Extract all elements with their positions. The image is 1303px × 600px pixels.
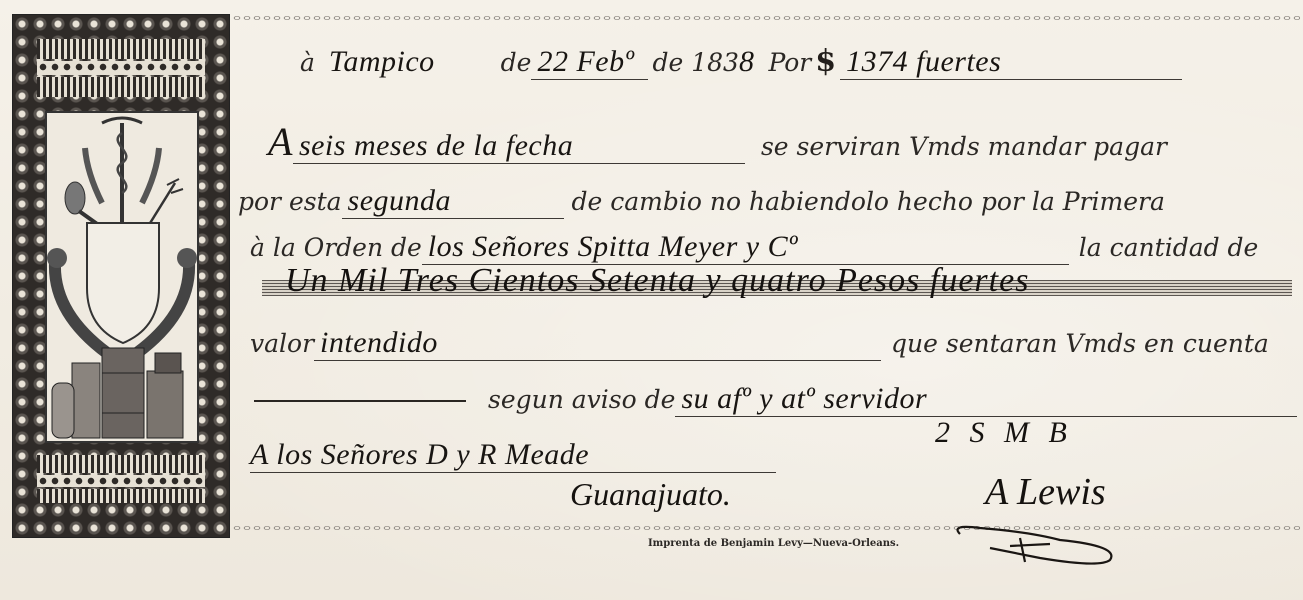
signature-name: A Lewis xyxy=(985,470,1106,514)
year-suffix: 8 xyxy=(739,45,755,79)
amount-prefix: Por xyxy=(768,48,811,77)
place-prefix: à xyxy=(300,48,315,77)
copy-line: por esta segunda de cambio no habiendolo… xyxy=(238,184,1165,219)
term-line: A seis meses de la fecha se serviran Vmd… xyxy=(268,118,1167,165)
payment-instruction: se serviran Vmds mandar pagar xyxy=(761,132,1167,161)
blank-rule xyxy=(254,400,466,402)
dollar-sign-icon: $ xyxy=(815,44,836,79)
copy-prefix: por esta xyxy=(238,187,342,216)
initial-letter: A xyxy=(268,118,293,165)
advice-prefix: segun aviso de xyxy=(488,385,675,414)
decorative-band-top-2 xyxy=(37,77,205,97)
year-prefix: de 183 xyxy=(652,48,738,77)
chain-border-bottom xyxy=(232,524,1300,532)
decorative-band-bottom-2 xyxy=(37,489,205,503)
vignette-emblem-frame xyxy=(45,111,199,443)
term-value: seis meses de la fecha xyxy=(293,129,745,164)
order-prefix: à la Orden de xyxy=(250,233,422,262)
decorative-dot-band-top xyxy=(37,61,205,75)
date-prefix: de xyxy=(501,48,532,77)
decorative-dot-band-bottom xyxy=(37,475,205,487)
engraved-vignette-panel xyxy=(12,14,230,538)
bill-of-exchange-document: à Tampico de 22 Febº de 1838 Por $ 1374 … xyxy=(0,0,1303,600)
signature-initials: 2 S M B xyxy=(935,416,1073,450)
chain-border-top xyxy=(232,14,1300,22)
payee-value: los Señores Spitta Meyer y Cº xyxy=(422,230,1069,265)
value-received: intendido xyxy=(314,326,881,361)
amount-figures: 1374 fuertes xyxy=(840,45,1182,80)
value-prefix: valor xyxy=(250,329,314,358)
caduceus-shield-emblem-icon xyxy=(47,113,197,441)
value-line: valor intendido que sentaran Vmds en cue… xyxy=(250,326,1269,361)
advice-line: segun aviso de su afº y atº servidor xyxy=(248,382,1297,417)
signature-flourish-icon xyxy=(950,522,1130,572)
header-line: à Tampico de 22 Febº de 1838 Por $ 1374 … xyxy=(300,44,1182,80)
place-value: Tampico xyxy=(323,45,441,79)
decorative-band-bottom xyxy=(37,455,205,473)
date-value: 22 Febº xyxy=(531,45,648,80)
printer-imprint: Imprenta de Benjamin Levy—Nueva-Orleans. xyxy=(648,538,899,549)
payee-line: à la Orden de los Señores Spitta Meyer y… xyxy=(250,230,1258,265)
quantity-label: la cantidad de xyxy=(1079,233,1259,262)
decorative-band-top xyxy=(37,39,205,59)
account-instruction: que sentaran Vmds en cuenta xyxy=(891,329,1269,358)
addressee-value: A los Señores D y R Meade xyxy=(250,438,776,473)
amount-in-words: Un Mil Tres Cientos Setenta y quatro Pes… xyxy=(285,262,1029,300)
addressee-line: A los Señores D y R Meade xyxy=(250,438,776,473)
advice-value: su afº y atº servidor xyxy=(675,382,1297,417)
addressee-city: Guanajuato. xyxy=(570,476,731,513)
copy-suffix: de cambio no habiendolo hecho por la Pri… xyxy=(572,187,1165,216)
copy-value: segunda xyxy=(342,184,564,219)
